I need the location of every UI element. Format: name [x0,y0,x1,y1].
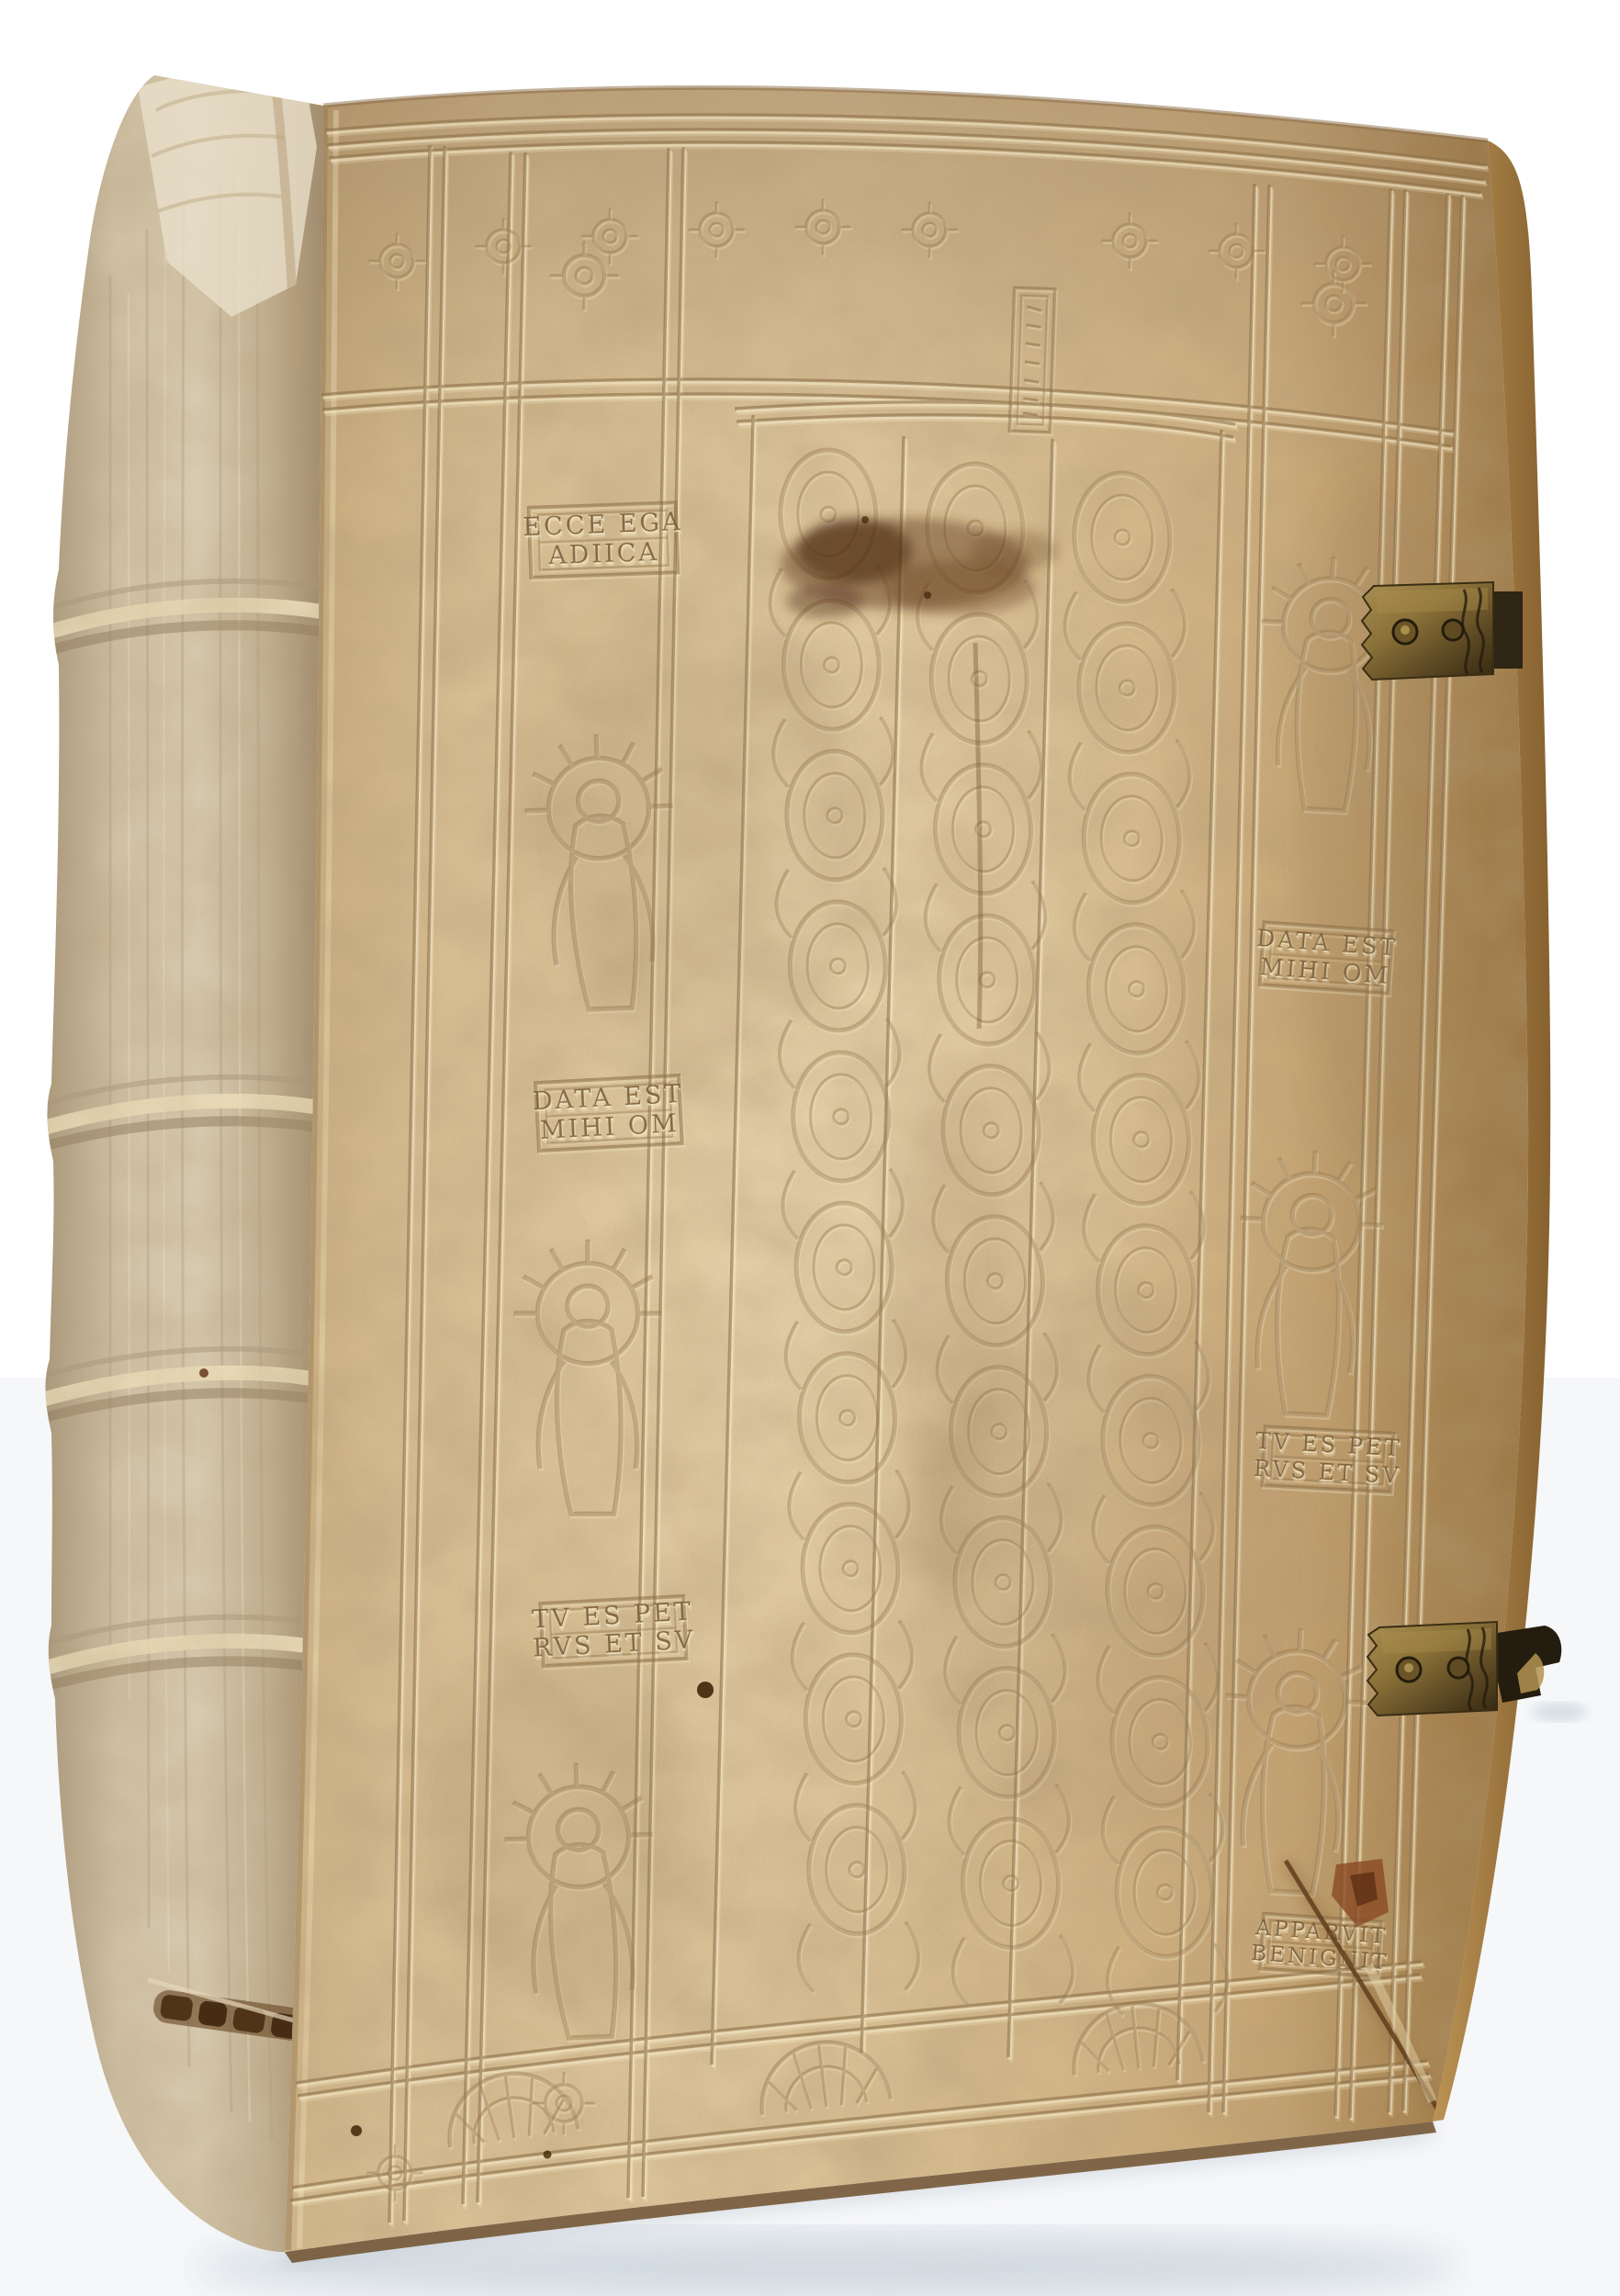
book: ECCE EGA ADIICA DATA EST MIHI OM [28,55,1587,2296]
stamp-text: ECCE EGA [523,508,683,542]
clasp-rivet-highlight [1401,625,1410,635]
spine-spot [199,1368,208,1378]
clasp-edge-tab [1493,591,1523,669]
book-photograph: ECCE EGA ADIICA DATA EST MIHI OM [0,0,1620,2296]
clasp-rivet [1448,1658,1468,1678]
clasp-upper [1362,582,1523,680]
title-ink-stain [781,518,1059,618]
clasp-rivet-highlight [1404,1663,1413,1672]
clasp-plate-highlight [1376,588,1488,613]
clasp-hook-shadow [1532,1703,1587,1721]
clasp-rivet [1443,620,1463,640]
stamp-text: ADIICA [547,538,660,570]
front-cover: ECCE EGA ADIICA DATA EST MIHI OM [242,55,1580,2296]
